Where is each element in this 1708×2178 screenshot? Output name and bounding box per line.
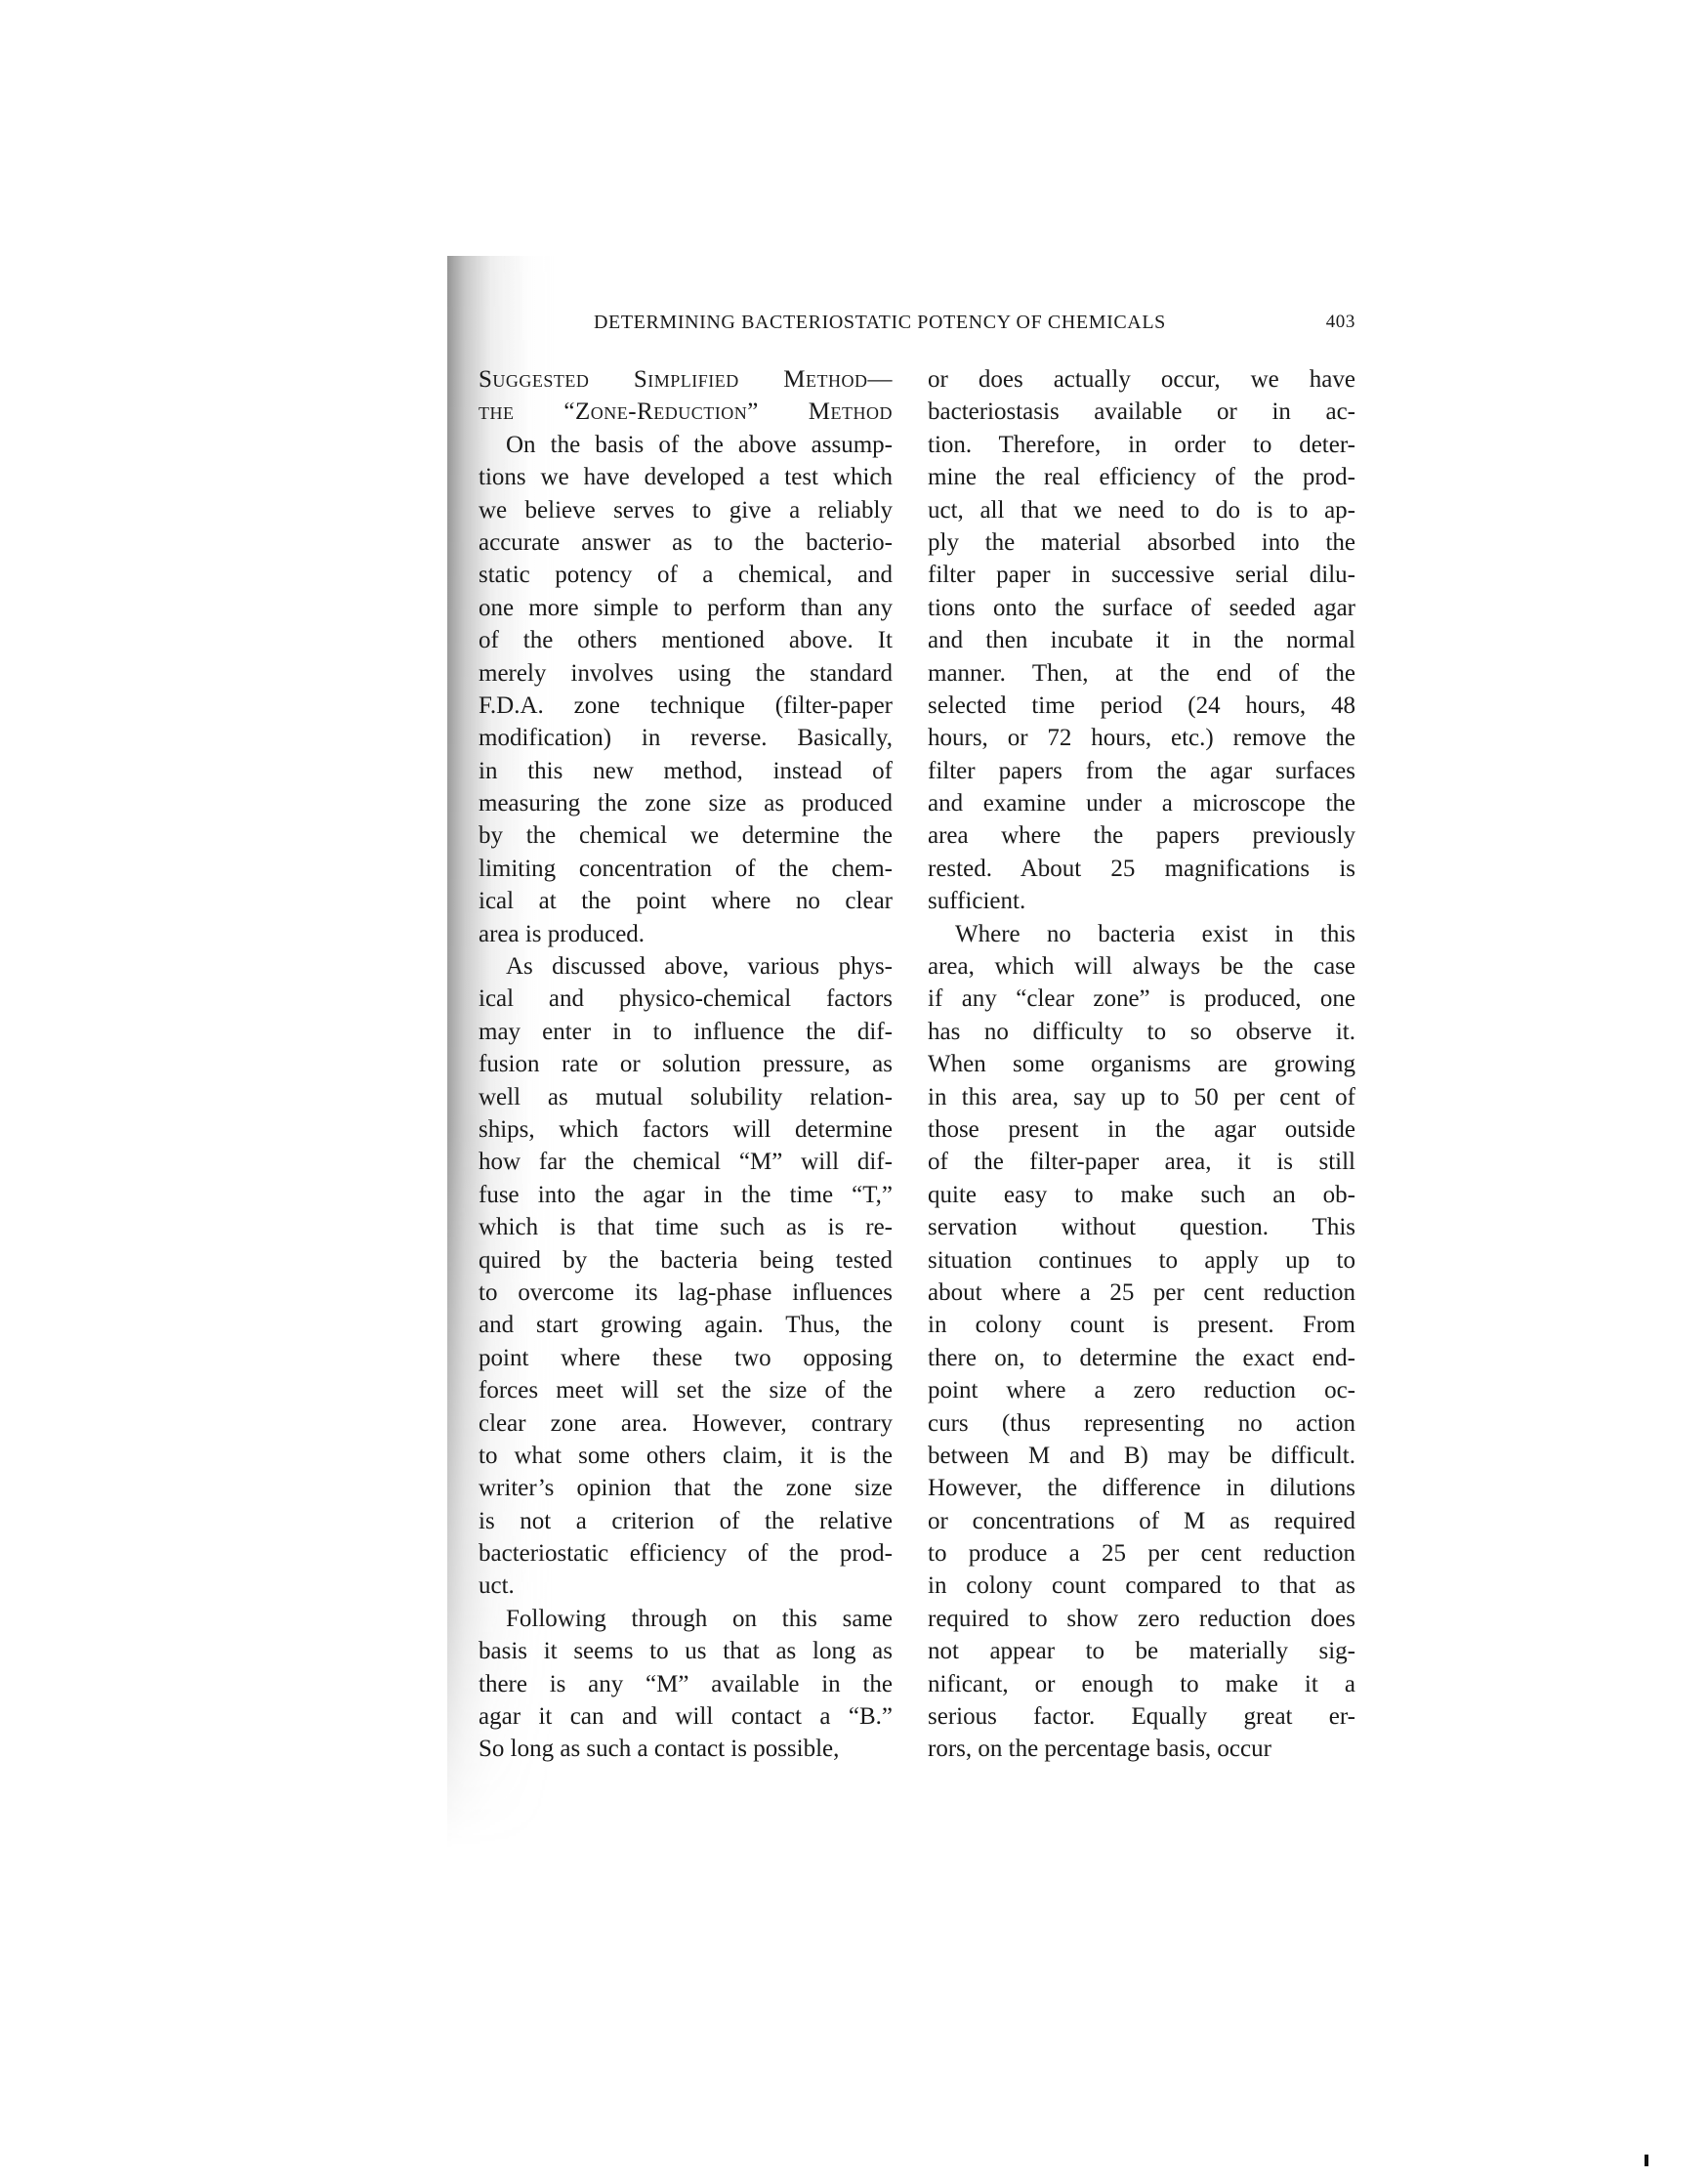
text-line: situation continues to apply up to [928, 1244, 1355, 1277]
text-line: ical at the point where no clear [479, 885, 893, 917]
text-line: not appear to be materially sig- [928, 1635, 1355, 1667]
text-line: uct, all that we need to do is to ap- [928, 494, 1355, 526]
text-line: may enter in to influence the dif- [479, 1016, 893, 1048]
text-line: tion. Therefore, in order to deter- [928, 429, 1355, 461]
right-column: or does actually occur, we havebacterios… [928, 363, 1355, 1766]
scanned-page: DETERMINING BACTERIOSTATIC POTENCY OF CH… [0, 0, 1708, 2178]
text-line: As discussed above, various phys- [479, 950, 893, 983]
text-line: area, which will always be the case [928, 950, 1355, 983]
text-line: those present in the agar outside [928, 1113, 1355, 1146]
text-line: to produce a 25 per cent reduction [928, 1537, 1355, 1570]
text-line: by the chemical we determine the [479, 819, 893, 852]
text-line: we believe serves to give a reliably [479, 494, 893, 526]
text-line: of the filter-paper area, it is still [928, 1146, 1355, 1178]
text-line: forces meet will set the size of the [479, 1374, 893, 1406]
text-line: basis it seems to us that as long as [479, 1635, 893, 1667]
heading-line: Suggested Simplified Method— [479, 363, 893, 396]
text-line: point where a zero reduction oc- [928, 1374, 1355, 1406]
text-line: uct. [479, 1570, 893, 1602]
text-line: between M and B) may be difficult. [928, 1440, 1355, 1472]
text-line: sufficient. [928, 885, 1355, 917]
text-line: area where the papers previously [928, 819, 1355, 852]
text-line: of the others mentioned above. It [479, 624, 893, 656]
text-line: well as mutual solubility relation- [479, 1081, 893, 1113]
text-line: how far the chemical “M” will dif- [479, 1146, 893, 1178]
paragraph: or does actually occur, we havebacterios… [928, 363, 1355, 918]
paragraph: Following through on this samebasis it s… [479, 1603, 893, 1766]
text-line: or does actually occur, we have [928, 363, 1355, 396]
text-line: there is any “M” available in the [479, 1668, 893, 1700]
text-line: merely involves using the standard [479, 657, 893, 690]
text-line: So long as such a contact is possible, [479, 1733, 893, 1765]
text-line: point where these two opposing [479, 1342, 893, 1374]
text-line: limiting concentration of the chem- [479, 853, 893, 885]
paragraph: Where no bacteria exist in thisarea, whi… [928, 918, 1355, 1766]
text-line: Following through on this same [479, 1603, 893, 1635]
text-line: writer’s opinion that the zone size [479, 1472, 893, 1504]
text-line: curs (thus representing no action [928, 1407, 1355, 1440]
text-line: rors, on the percentage basis, occur [928, 1733, 1355, 1765]
text-line: mine the real efficiency of the prod- [928, 461, 1355, 493]
running-head: DETERMINING BACTERIOSTATIC POTENCY OF CH… [594, 309, 1355, 336]
text-line: has no difficulty to so observe it. [928, 1016, 1355, 1048]
text-line: ply the material absorbed into the [928, 526, 1355, 559]
text-line: and examine under a microscope the [928, 787, 1355, 819]
heading-line: the “Zone-Reduction” Method [479, 396, 893, 428]
text-line: F.D.A. zone technique (filter-paper [479, 690, 893, 722]
text-line: to what some others claim, it is the [479, 1440, 893, 1472]
running-head-title: DETERMINING BACTERIOSTATIC POTENCY OF CH… [594, 309, 1166, 336]
text-line: filter paper in successive serial dilu- [928, 559, 1355, 591]
text-line: to overcome its lag-phase influences [479, 1277, 893, 1309]
text-line: in colony count is present. From [928, 1309, 1355, 1341]
text-line: in colony count compared to that as [928, 1570, 1355, 1602]
text-line: agar it can and will contact a “B.” [479, 1700, 893, 1733]
text-line: bacteriostatic efficiency of the prod- [479, 1537, 893, 1570]
text-line: modification) in reverse. Basically, [479, 722, 893, 754]
text-line: in this new method, instead of [479, 755, 893, 787]
text-line: there on, to determine the exact end- [928, 1342, 1355, 1374]
text-line: rested. About 25 magnifications is [928, 853, 1355, 885]
text-line: and start growing again. Thus, the [479, 1309, 893, 1341]
text-line: area is produced. [479, 918, 893, 950]
text-line: ical and physico-chemical factors [479, 983, 893, 1015]
text-line: ships, which factors will determine [479, 1113, 893, 1146]
text-line: and then incubate it in the normal [928, 624, 1355, 656]
text-line: bacteriostasis available or in ac- [928, 396, 1355, 428]
text-line: filter papers from the agar surfaces [928, 755, 1355, 787]
text-line: selected time period (24 hours, 48 [928, 690, 1355, 722]
scan-artifact-mark [1645, 2155, 1648, 2166]
text-line: or concentrations of M as required [928, 1505, 1355, 1537]
text-line: quired by the bacteria being tested [479, 1244, 893, 1277]
text-line: hours, or 72 hours, etc.) remove the [928, 722, 1355, 754]
text-line: serious factor. Equally great er- [928, 1700, 1355, 1733]
text-line: clear zone area. However, contrary [479, 1407, 893, 1440]
left-column: Suggested Simplified Method— the “Zone-R… [479, 363, 893, 1766]
text-line: quite easy to make such an ob- [928, 1179, 1355, 1211]
text-line: one more simple to perform than any [479, 592, 893, 624]
text-line: is not a criterion of the relative [479, 1505, 893, 1537]
text-line: nificant, or enough to make it a [928, 1668, 1355, 1700]
text-line: measuring the zone size as produced [479, 787, 893, 819]
paragraph: On the basis of the above assump-tions w… [479, 429, 893, 950]
section-heading: Suggested Simplified Method— the “Zone-R… [479, 363, 893, 429]
text-line: if any “clear zone” is produced, one [928, 983, 1355, 1015]
text-line: tions we have developed a test which [479, 461, 893, 493]
text-line: required to show zero reduction does [928, 1603, 1355, 1635]
text-line: about where a 25 per cent reduction [928, 1277, 1355, 1309]
text-line: When some organisms are growing [928, 1048, 1355, 1080]
text-line: However, the difference in dilutions [928, 1472, 1355, 1504]
text-line: manner. Then, at the end of the [928, 657, 1355, 690]
text-line: servation without question. This [928, 1211, 1355, 1243]
text-line: which is that time such as is re- [479, 1211, 893, 1243]
page-number: 403 [1326, 309, 1355, 336]
text-line: fuse into the agar in the time “T,” [479, 1179, 893, 1211]
text-line: tions onto the surface of seeded agar [928, 592, 1355, 624]
paragraph: As discussed above, various phys-ical an… [479, 950, 893, 1603]
text-line: static potency of a chemical, and [479, 559, 893, 591]
text-line: On the basis of the above assump- [479, 429, 893, 461]
text-line: accurate answer as to the bacterio- [479, 526, 893, 559]
text-line: Where no bacteria exist in this [928, 918, 1355, 950]
text-line: fusion rate or solution pressure, as [479, 1048, 893, 1080]
text-line: in this area, say up to 50 per cent of [928, 1081, 1355, 1113]
